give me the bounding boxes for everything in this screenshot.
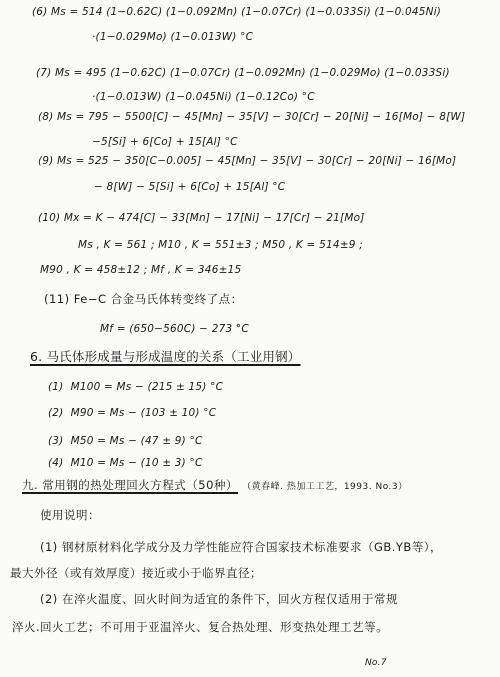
formula-label: (7)	[36, 67, 51, 79]
formula-label: (9)	[38, 155, 53, 167]
section-9-heading: 九. 常用钢的热处理回火方程式（50种） （黄春峰. 热加工工艺，1993. N…	[22, 478, 408, 494]
note-1-line1: (1) 钢材原材料化学成分及力学性能应符合国家技术标准要求（GB.YB等），	[40, 540, 442, 554]
handwritten-page: (6) Ms = 514 (1−0.62C) (1−0.092Mn) (1−0.…	[0, 0, 500, 677]
formula-text: Ms = 514 (1−0.62C) (1−0.092Mn) (1−0.07Cr…	[51, 6, 441, 18]
formula-8-line1: (8) Ms = 795 − 5500[C] − 45[Mn] − 35[V] …	[38, 110, 465, 124]
page-number: No.7	[365, 656, 387, 670]
item-label: (11)	[44, 292, 70, 306]
formula-9-line2: − 8[W] − 5[Si] + 6[Co] + 15[Al] °C	[94, 180, 285, 194]
formula-text: Mx = K − 474[C] − 33[Mn] − 17[Ni] − 17[C…	[64, 212, 365, 224]
formula-text: Ms = 795 − 5500[C] − 45[Mn] − 35[V] − 30…	[57, 111, 465, 123]
item-text: M100 = Ms − (215 ± 15) °C	[71, 381, 224, 393]
item-label: (3)	[48, 435, 63, 447]
item-label: (4)	[48, 457, 63, 469]
item-text: M50 = Ms − (47 ± 9) °C	[71, 435, 203, 447]
item-text: Fe−C 合金马氏体转变终了点：	[74, 292, 243, 306]
formula-7-line2: ·(1−0.013W) (1−0.045Ni) (1−0.12Co) °C	[92, 90, 315, 104]
section-6-item-3: (3) M50 = Ms − (47 ± 9) °C	[48, 434, 203, 448]
item-text: M90 = Ms − (103 ± 10) °C	[71, 407, 217, 419]
item-11-formula: Mf = (650−560C) − 273 °C	[100, 322, 249, 336]
section-9-title: 九. 常用钢的热处理回火方程式（50种）	[22, 478, 238, 492]
section-6-item-1: (1) M100 = Ms − (215 ± 15) °C	[48, 380, 223, 394]
section-9-source: （黄春峰. 热加工工艺，1993. No.3）	[242, 482, 408, 492]
formula-text: Ms = 495 (1−0.62C) (1−0.07Cr) (1−0.092Mn…	[55, 67, 450, 79]
note-2-line1: (2) 在淬火温度、回火时间为适宜的条件下，回火方程仅适用于常规	[40, 592, 398, 606]
section-6-title: 6. 马氏体形成量与形成温度的关系（工业用钢）	[30, 350, 301, 364]
note-1-line2: 最大外径（或有效厚度）接近或小于临界直径；	[10, 566, 262, 580]
formula-8-line2: −5[Si] + 6[Co] + 15[Al] °C	[92, 135, 238, 149]
item-text: M10 = Ms − (10 ± 3) °C	[71, 457, 203, 469]
formula-6-line2: ·(1−0.029Mo) (1−0.013W) °C	[92, 30, 253, 44]
formula-10-line1: (10) Mx = K − 474[C] − 33[Mn] − 17[Ni] −…	[38, 211, 365, 225]
note-2-line2: 淬火.回火工艺；不可用于亚温淬火、复合热处理、形变热处理工艺等。	[12, 620, 388, 634]
formula-label: (10)	[38, 212, 60, 224]
section-6-item-4: (4) M10 = Ms − (10 ± 3) °C	[48, 456, 203, 470]
item-label: (2)	[48, 407, 63, 419]
formula-text: Ms = 525 − 350[C−0.005] − 45[Mn] − 35[V]…	[57, 155, 456, 167]
formula-6-line1: (6) Ms = 514 (1−0.62C) (1−0.092Mn) (1−0.…	[32, 5, 441, 19]
section-6-item-2: (2) M90 = Ms − (103 ± 10) °C	[48, 406, 216, 420]
k-values-row1: Ms , K = 561 ; M10 , K = 551±3 ; M50 , K…	[78, 238, 363, 252]
formula-label: (8)	[38, 111, 53, 123]
formula-9-line1: (9) Ms = 525 − 350[C−0.005] − 45[Mn] − 3…	[38, 154, 456, 168]
k-values-row2: M90 , K = 458±12 ; Mf , K = 346±15	[40, 263, 241, 277]
item-label: (1)	[48, 381, 63, 393]
formula-7-line1: (7) Ms = 495 (1−0.62C) (1−0.07Cr) (1−0.0…	[36, 66, 450, 80]
item-11-heading: (11) Fe−C 合金马氏体转变终了点：	[44, 292, 243, 306]
formula-label: (6)	[32, 6, 47, 18]
usage-heading: 使用说明：	[40, 508, 100, 522]
